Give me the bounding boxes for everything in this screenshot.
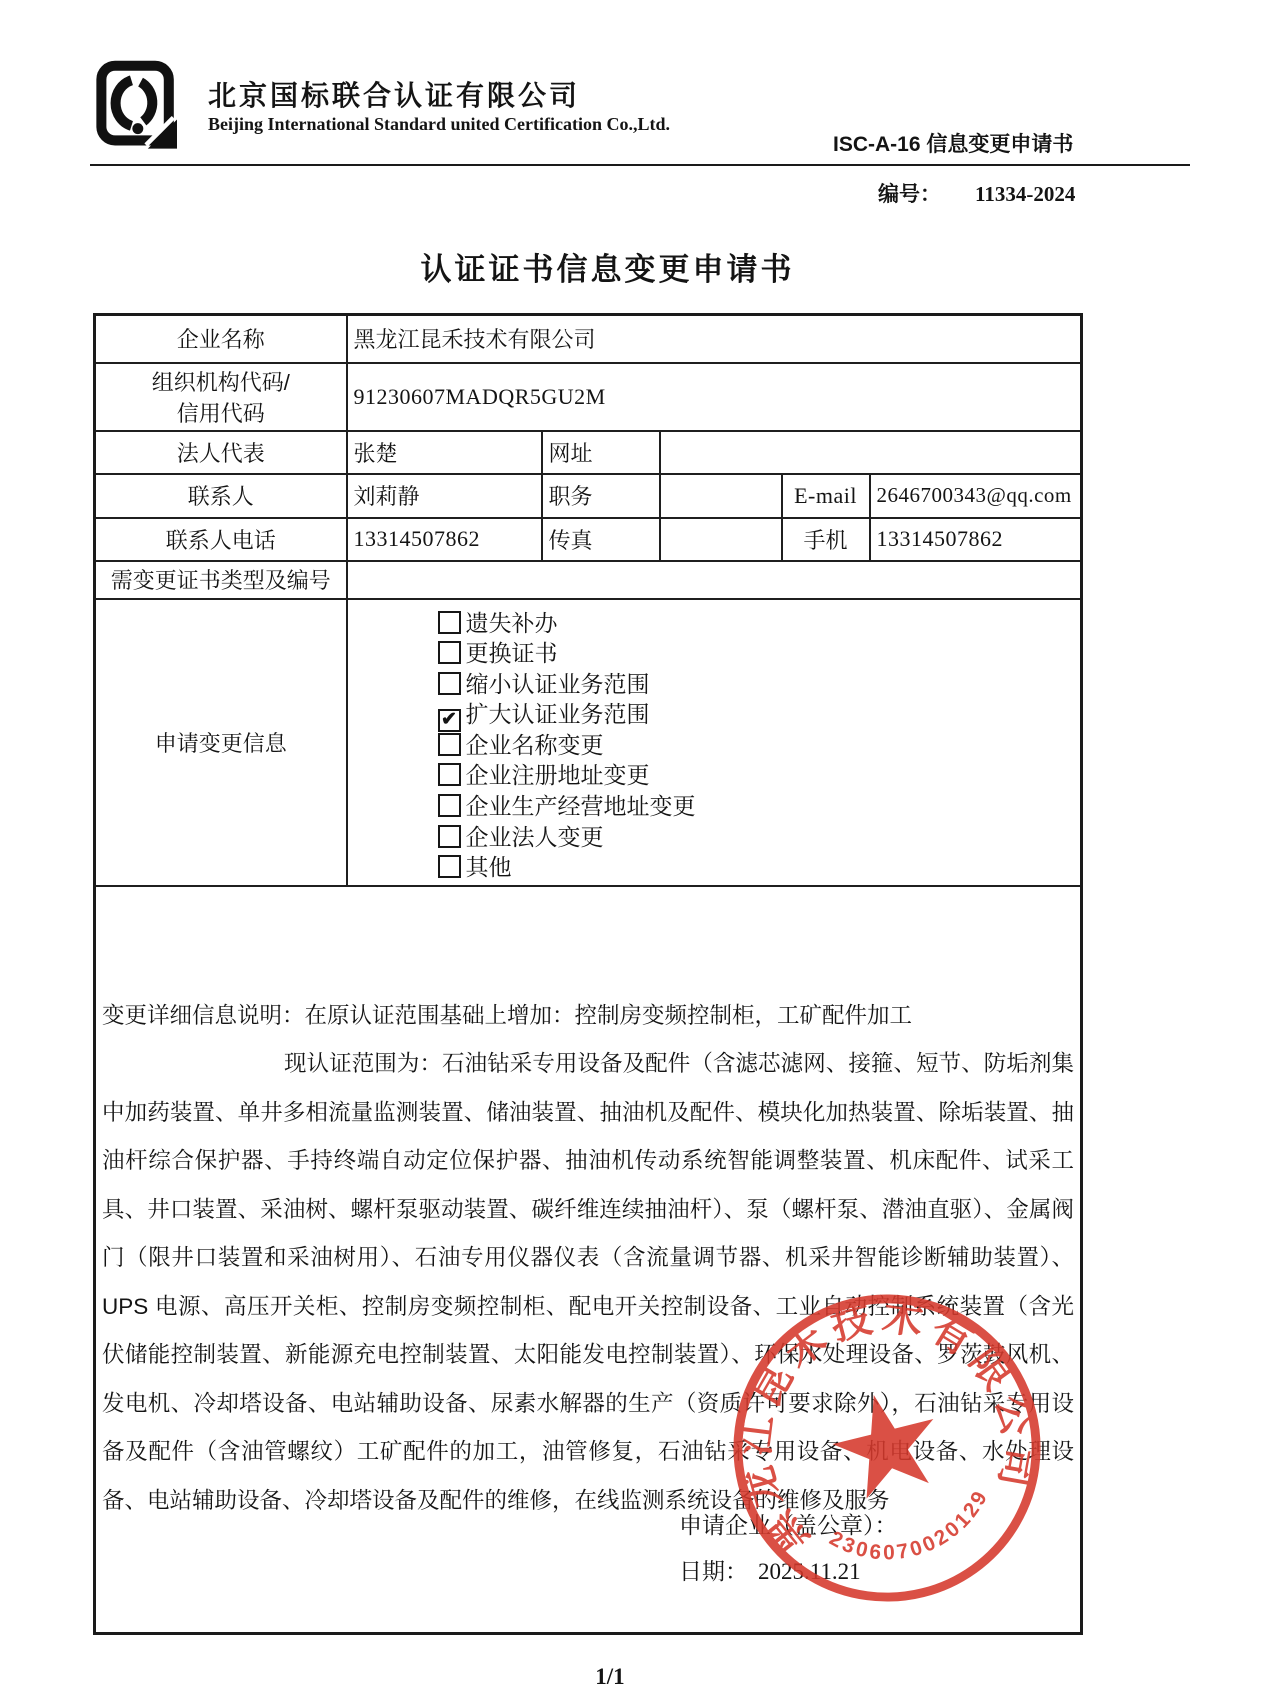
- website-label: 网址: [542, 431, 660, 474]
- position-label: 职务: [542, 474, 660, 518]
- website-value: [660, 431, 1082, 474]
- checkbox-icon: [438, 733, 461, 756]
- legal-rep-label: 法人代表: [95, 431, 347, 474]
- cert-type-label: 需变更证书类型及编号: [95, 561, 347, 599]
- change-detail-intro: 变更详细信息说明：在原认证范围基础上增加：控制房变频控制柜，工矿配件加工: [102, 998, 1074, 1030]
- serial-value: 11334-2024: [975, 182, 1075, 206]
- cert-type-value: [347, 561, 1082, 599]
- change-option-registered-address: 企业注册地址变更: [438, 760, 1075, 791]
- row-company-name: 企业名称 黑龙江昆禾技术有限公司: [95, 315, 1082, 363]
- change-option-narrow-scope: 缩小认证业务范围: [438, 669, 1075, 700]
- change-option-expand-scope: ✔扩大认证业务范围: [438, 699, 1075, 730]
- certification-mark-logo: [95, 58, 177, 150]
- row-contact-phone: 联系人电话 13314507862 传真 手机 13314507862: [95, 518, 1082, 561]
- position-value: [660, 474, 782, 518]
- row-org-code: 组织机构代码/ 信用代码 91230607MADQR5GU2M: [95, 363, 1082, 431]
- change-request-options-cell: 遗失补办 更换证书 缩小认证业务范围 ✔扩大认证业务范围 企业名称变更 企业注册…: [347, 599, 1082, 886]
- row-contact: 联系人 刘莉静 职务 E-mail 2646700343@qq.com: [95, 474, 1082, 518]
- change-option-legal-person: 企业法人变更: [438, 822, 1075, 853]
- change-option-business-address: 企业生产经营地址变更: [438, 791, 1075, 822]
- row-cert-type: 需变更证书类型及编号: [95, 561, 1082, 599]
- contact-value: 刘莉静: [347, 474, 542, 518]
- change-option-label: 遗失补办: [466, 610, 558, 636]
- email-label: E-mail: [782, 474, 870, 518]
- change-option-replace: 更换证书: [438, 638, 1075, 669]
- org-code-value: 91230607MADQR5GU2M: [347, 363, 1082, 431]
- logo-right-arc: [141, 82, 153, 121]
- org-code-label: 组织机构代码/ 信用代码: [95, 363, 347, 431]
- change-option-label: 企业名称变更: [466, 732, 604, 758]
- mobile-value: 13314507862: [870, 518, 1082, 561]
- serial-label: 编号：: [878, 183, 941, 206]
- document-title: 认证证书信息变更申请书: [0, 244, 1215, 289]
- checkbox-icon: [438, 641, 461, 664]
- checkbox-icon: [438, 794, 461, 817]
- org-code-label-line1: 组织机构代码/: [102, 366, 340, 397]
- change-request-label: 申请变更信息: [95, 599, 347, 886]
- change-option-label: 企业法人变更: [466, 824, 604, 850]
- logo-dot: [132, 123, 143, 134]
- checkbox-icon: [438, 672, 461, 695]
- org-code-label-line2: 信用代码: [102, 397, 340, 428]
- logo-left-arc: [116, 80, 132, 126]
- checkbox-checked-icon: ✔: [438, 709, 461, 732]
- document-page: 北京国标联合认证有限公司 Beijing International Stand…: [0, 0, 1279, 1689]
- date-label: 日期：: [679, 1558, 748, 1584]
- change-options-list: 遗失补办 更换证书 缩小认证业务范围 ✔扩大认证业务范围 企业名称变更 企业注册…: [354, 608, 1075, 883]
- application-form-table: 企业名称 黑龙江昆禾技术有限公司 组织机构代码/ 信用代码 91230607MA…: [93, 313, 1083, 1635]
- seal-star-icon: [823, 1382, 948, 1503]
- legal-rep-value: 张楚: [347, 431, 542, 474]
- checkbox-icon: [438, 611, 461, 634]
- fax-value: [660, 518, 782, 561]
- checkbox-icon: [438, 763, 461, 786]
- issuer-name-en: Beijing International Standard united Ce…: [208, 114, 670, 135]
- row-change-request: 申请变更信息 遗失补办 更换证书 缩小认证业务范围 ✔扩大认证业务范围 企业名称…: [95, 599, 1082, 886]
- contact-label: 联系人: [95, 474, 347, 518]
- change-option-label: 扩大认证业务范围: [466, 701, 650, 727]
- change-detail-cell: 变更详细信息说明：在原认证范围基础上增加：控制房变频控制柜，工矿配件加工 现认证…: [95, 886, 1082, 1634]
- issuer-name-cn: 北京国标联合认证有限公司: [208, 74, 580, 114]
- company-name-label: 企业名称: [95, 315, 347, 363]
- email-value: 2646700343@qq.com: [870, 474, 1082, 518]
- change-option-label: 缩小认证业务范围: [466, 671, 650, 697]
- mobile-label: 手机: [782, 518, 870, 561]
- change-option-label: 其他: [466, 854, 512, 880]
- contact-phone-label: 联系人电话: [95, 518, 347, 561]
- contact-phone-value: 13314507862: [347, 518, 542, 561]
- company-name-value: 黑龙江昆禾技术有限公司: [347, 315, 1082, 363]
- header-divider: [90, 164, 1190, 166]
- change-option-company-name: 企业名称变更: [438, 730, 1075, 761]
- page-number: 1/1: [0, 1664, 1220, 1689]
- change-option-other: 其他: [438, 852, 1075, 883]
- change-option-lost: 遗失补办: [438, 608, 1075, 639]
- checkbox-icon: [438, 855, 461, 878]
- change-option-label: 更换证书: [466, 640, 558, 666]
- change-option-label: 企业注册地址变更: [466, 762, 650, 788]
- fax-label: 传真: [542, 518, 660, 561]
- serial-number-row: 编号：11334-2024: [878, 178, 1075, 208]
- change-option-label: 企业生产经营地址变更: [466, 793, 696, 819]
- checkbox-icon: [438, 825, 461, 848]
- row-change-detail: 变更详细信息说明：在原认证范围基础上增加：控制房变频控制柜，工矿配件加工 现认证…: [95, 886, 1082, 1634]
- row-legal-rep: 法人代表 张楚 网址: [95, 431, 1082, 474]
- form-code: ISC-A-16 信息变更申请书: [833, 128, 1073, 158]
